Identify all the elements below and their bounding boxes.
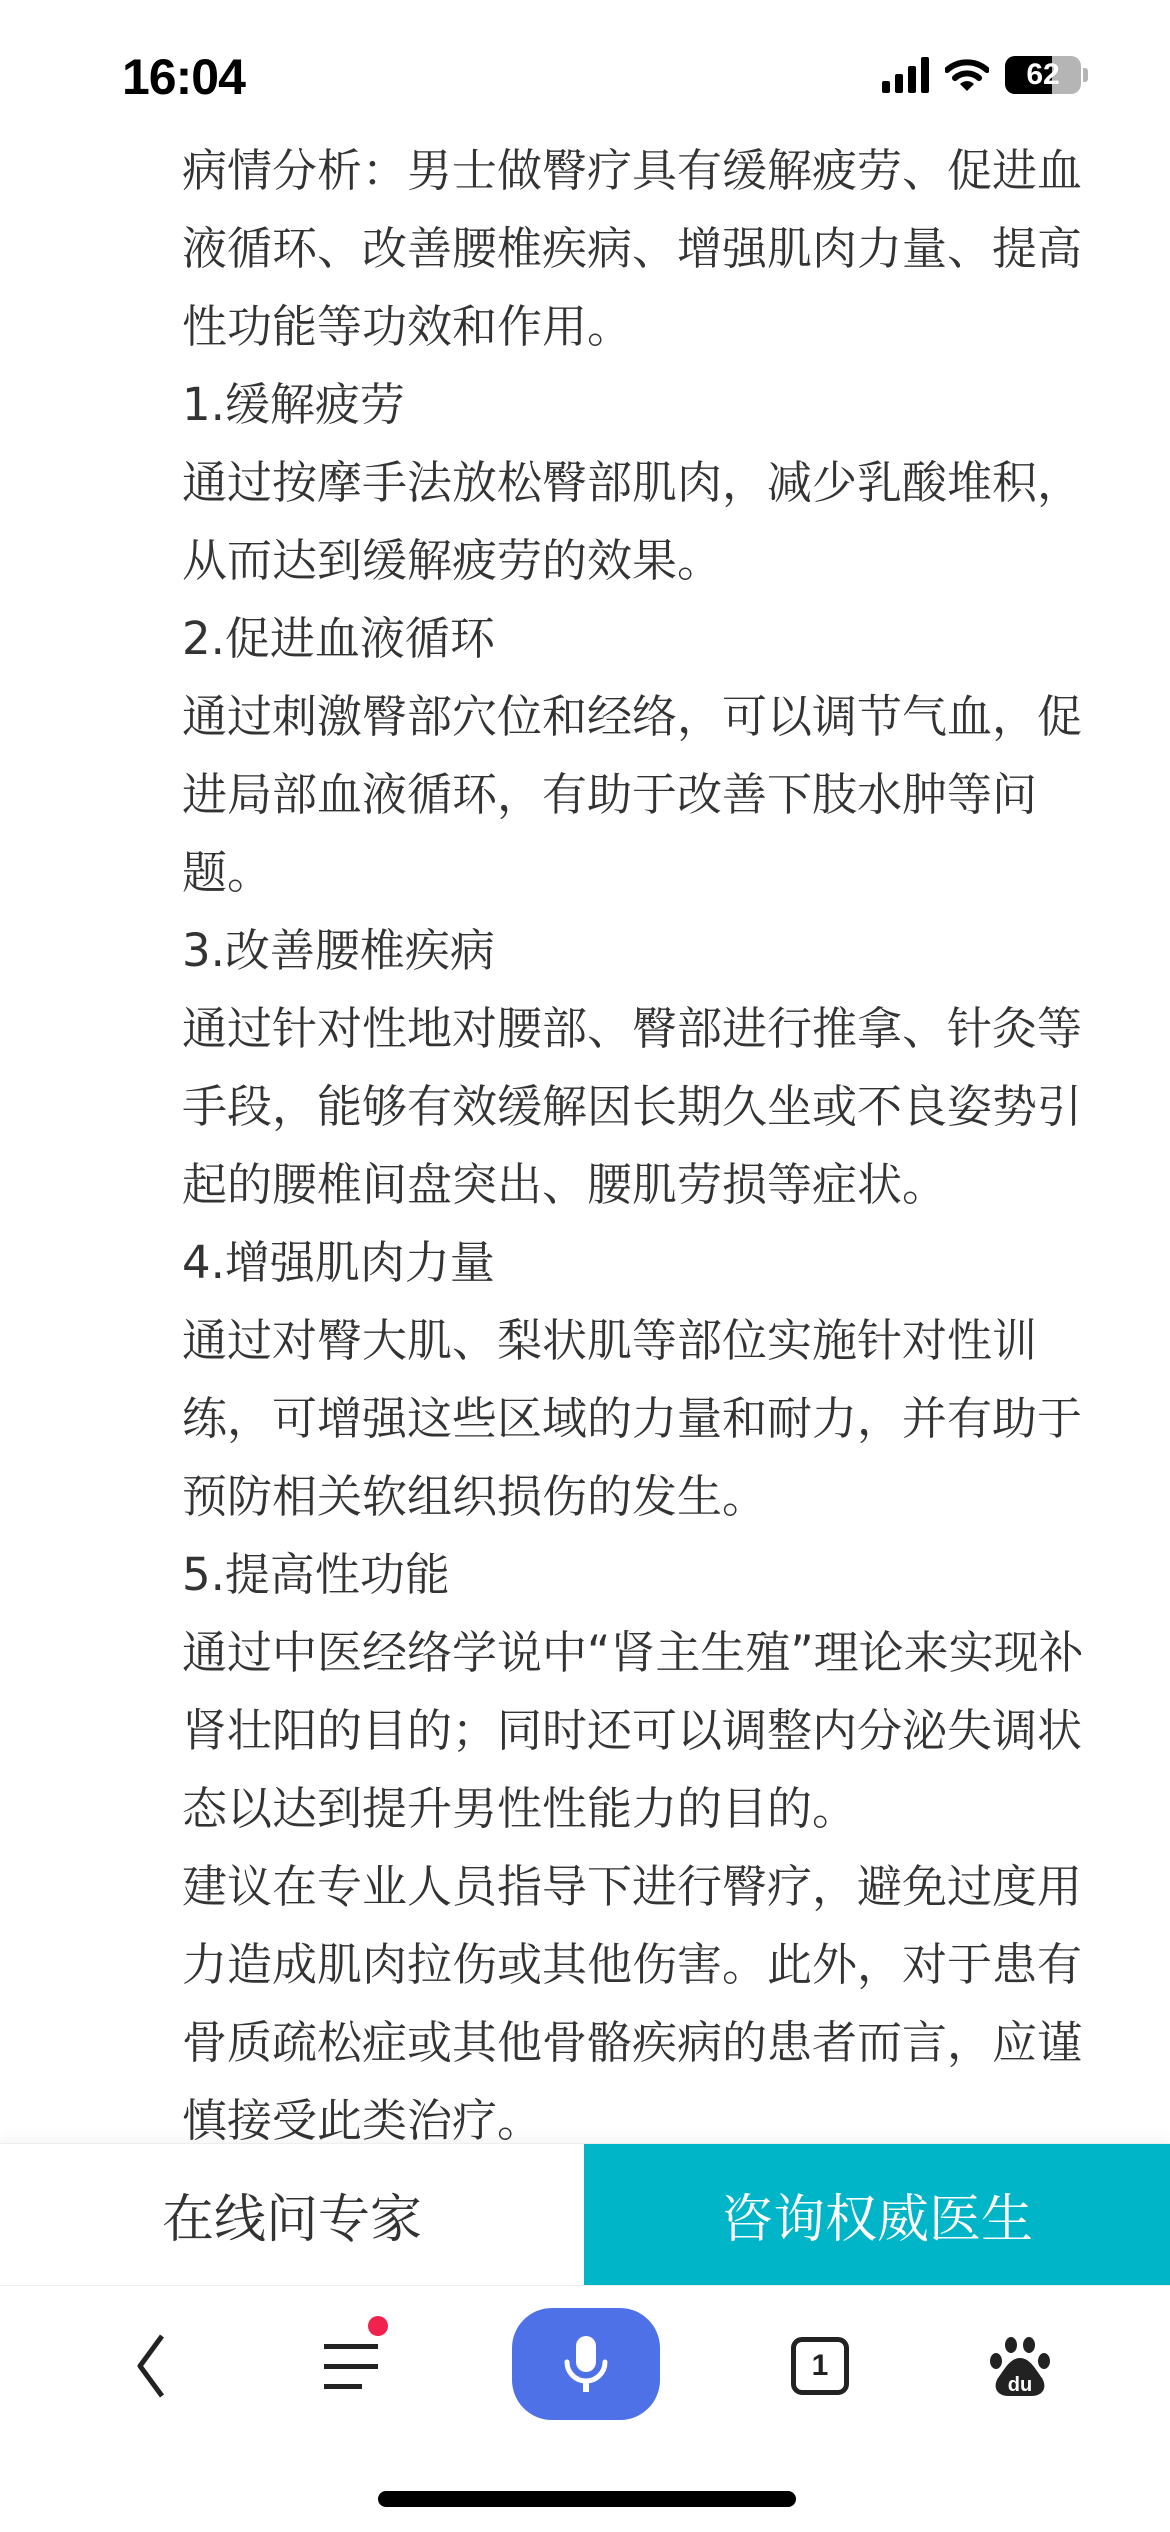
notification-dot (368, 2316, 388, 2336)
baidu-paw-icon: du (988, 2334, 1052, 2398)
section-body-5: 通过中医经络学说中“肾主生殖”理论来实现补肾壮阳的目的；同时还可以调整内分泌失调… (182, 1614, 1102, 1848)
back-button[interactable] (110, 2326, 190, 2406)
section-body-3: 通过针对性地对腰部、臀部进行推拿、针灸等手段，能够有效缓解因长期久坐或不良姿势引… (182, 990, 1102, 1224)
status-time: 16:04 (122, 48, 245, 106)
analysis-paragraph: 病情分析：男士做臀疗具有缓解疲劳、促进血液循环、改善腰椎疾病、增强肌肉力量、提高… (182, 132, 1102, 366)
online-expert-button[interactable]: 在线问专家 (0, 2144, 584, 2285)
tabs-button[interactable]: 1 (780, 2326, 860, 2406)
advice-paragraph: 建议在专业人员指导下进行臀疗，避免过度用力造成肌肉拉伤或其他伤害。此外，对于患有… (182, 1848, 1102, 2160)
battery-icon: 62 (1005, 56, 1081, 94)
section-heading-3: 3.改善腰椎疾病 (182, 912, 1102, 990)
status-bar: 16:04 62 (0, 0, 1170, 130)
menu-button[interactable] (300, 2326, 400, 2406)
chevron-left-icon (130, 2332, 170, 2400)
status-icons: 62 (882, 56, 1088, 94)
section-heading-4: 4.增强肌肉力量 (182, 1224, 1102, 1302)
tabs-icon: 1 (791, 2337, 849, 2395)
voice-search-button[interactable] (512, 2308, 660, 2420)
section-heading-1: 1.缓解疲劳 (182, 366, 1102, 444)
menu-icon (320, 2336, 380, 2396)
section-body-4: 通过对臀大肌、梨状肌等部位实施针对性训练，可增强这些区域的力量和耐力，并有助于预… (182, 1302, 1102, 1536)
consult-doctor-button[interactable]: 咨询权威医生 (584, 2144, 1170, 2285)
svg-text:du: du (1008, 2374, 1032, 2396)
home-indicator[interactable] (378, 2491, 796, 2507)
action-bar: 在线问专家 咨询权威医生 (0, 2143, 1170, 2285)
article-content: 病情分析：男士做臀疗具有缓解疲劳、促进血液循环、改善腰椎疾病、增强肌肉力量、提高… (182, 132, 1102, 2160)
section-heading-5: 5.提高性功能 (182, 1536, 1102, 1614)
tabs-count: 1 (812, 2349, 829, 2383)
battery-level: 62 (1026, 58, 1059, 92)
baidu-home-button[interactable]: du (980, 2326, 1060, 2406)
signal-icon (882, 57, 929, 93)
microphone-icon (561, 2334, 611, 2394)
section-body-2: 通过刺激臀部穴位和经络，可以调节气血，促进局部血液循环，有助于改善下肢水肿等问题… (182, 678, 1102, 912)
section-body-1: 通过按摩手法放松臀部肌肉，减少乳酸堆积，从而达到缓解疲劳的效果。 (182, 444, 1102, 600)
section-heading-2: 2.促进血液循环 (182, 600, 1102, 678)
battery-tip (1083, 68, 1088, 82)
wifi-icon (945, 58, 989, 92)
